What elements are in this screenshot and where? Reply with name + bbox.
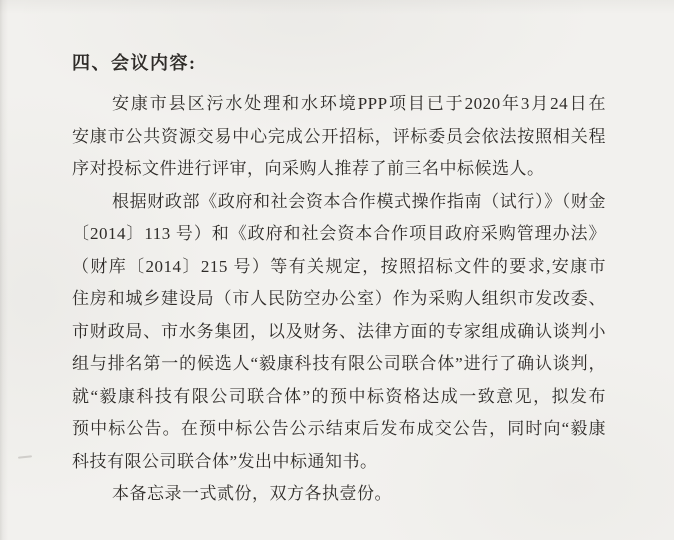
doc-line: 安康市公共资源交易中心完成公开招标，评标委员会依法按照相关程 xyxy=(72,121,606,154)
doc-line: （财库〔2014〕215 号）等有关规定，按照招标文件的要求,安康市 xyxy=(72,251,606,284)
doc-line: 根据财政部《政府和社会资本合作模式操作指南（试行）》（财金 xyxy=(72,186,606,219)
document-text-block: 四、会议内容: 安康市县区污水处理和水环境PPP项目已于2020年3月24日在 … xyxy=(72,47,606,511)
doc-line: 本备忘录一式贰份，双方各执壹份。 xyxy=(72,478,606,511)
doc-line: 就“毅康科技有限公司联合体”的预中标资格达成一致意见，拟发布 xyxy=(72,381,606,414)
doc-line: 科技有限公司联合体”发出中标通知书。 xyxy=(72,446,606,479)
doc-line: 市财政局、市水务集团，以及财务、法律方面的专家组成确认谈判小 xyxy=(72,316,606,349)
scanned-document-page: 四、会议内容: 安康市县区污水处理和水环境PPP项目已于2020年3月24日在 … xyxy=(0,0,674,540)
section-heading: 四、会议内容: xyxy=(72,47,606,79)
doc-line: 序对投标文件进行评审，向采购人推荐了前三名中标候选人。 xyxy=(72,153,606,186)
doc-line: 预中标公告。在预中标公告公示结束后发布成交公告，同时向“毅康 xyxy=(72,413,606,446)
doc-line: 住房和城乡建设局（市人民防空办公室）作为采购人组织市发改委、 xyxy=(72,283,606,316)
doc-line: 〔2014〕113 号）和《政府和社会资本合作项目政府采购管理办法》 xyxy=(72,218,606,251)
doc-line: 组与排名第一的候选人“毅康科技有限公司联合体”进行了确认谈判， xyxy=(72,348,606,381)
doc-line: 安康市县区污水处理和水环境PPP项目已于2020年3月24日在 xyxy=(72,88,606,121)
